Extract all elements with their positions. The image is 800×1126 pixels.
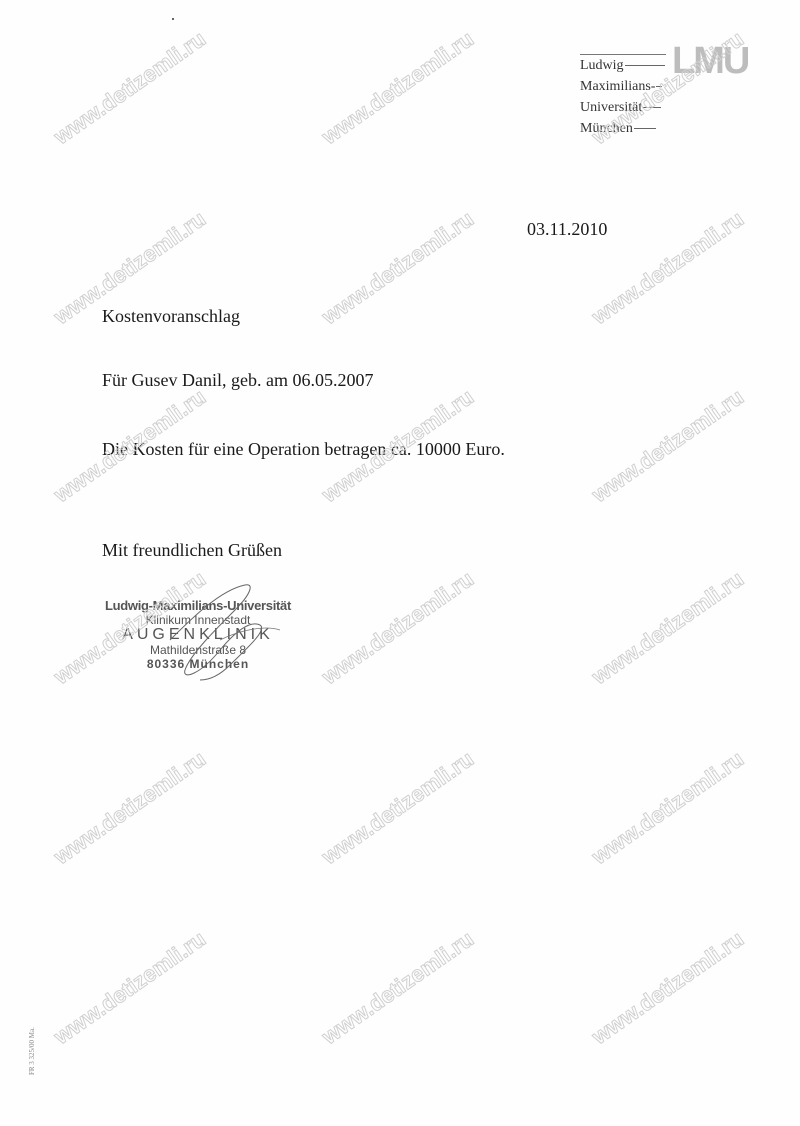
watermark-text: www.detizemli.ru (300, 14, 495, 161)
cost-line: Die Kosten für eine Operation betragen c… (102, 439, 505, 460)
watermark-text: www.detizemli.ru (32, 14, 227, 161)
stamp-university: Ludwig-Maximilians-Universität (98, 598, 298, 613)
patient-line: Für Gusev Danil, geb. am 06.05.2007 (102, 370, 373, 391)
watermark-text: www.detizemli.ru (570, 194, 765, 341)
watermark-text: www.detizemli.ru (570, 554, 765, 701)
watermark-text: www.detizemli.ru (570, 914, 765, 1061)
letterhead-line-1: Ludwig (580, 58, 665, 74)
form-code: FR 3 325/00 Ma. (28, 1027, 36, 1075)
watermark-text: www.detizemli.ru (32, 914, 227, 1061)
watermark-text: www.detizemli.ru (32, 734, 227, 881)
letter-subject: Kostenvoranschlag (102, 306, 240, 327)
watermark-text: www.detizemli.ru (300, 554, 495, 701)
letterhead-rule (580, 54, 666, 55)
watermark-text: www.detizemli.ru (300, 734, 495, 881)
watermark-text: www.detizemli.ru (570, 734, 765, 881)
closing-line: Mit freundlichen Grüßen (102, 540, 282, 561)
scan-speck (172, 18, 174, 20)
watermark-text: www.detizemli.ru (300, 194, 495, 341)
stamp-city: 80336 München (98, 657, 298, 671)
letter-page: Ludwig Maximilians- Universität München … (0, 0, 800, 1126)
watermark-text: www.detizemli.ru (570, 372, 765, 519)
letter-date: 03.11.2010 (527, 219, 607, 240)
watermark-text: www.detizemli.ru (300, 914, 495, 1061)
